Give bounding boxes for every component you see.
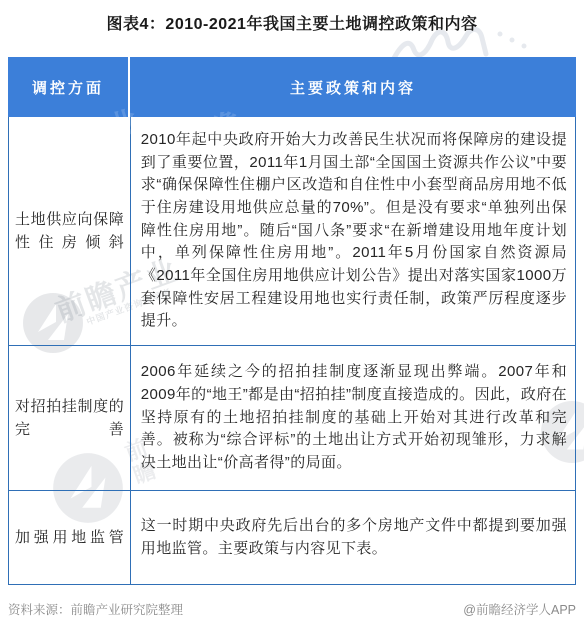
source-note: 资料来源：前瞻产业研究院整理 — [8, 600, 183, 618]
aspect-cell: 加强用地监管 — [9, 491, 131, 584]
aspect-text: 加强用地监管 — [15, 526, 124, 549]
content-cell: 2006年延续之今的招拍挂制度逐渐显现出弊端。2007年和2009年的“地王”都… — [131, 346, 575, 490]
content-cell: 2010年起中央政府开始大力改善民生状况而将保障房的建设提到了重要位置，2011… — [131, 117, 575, 345]
table-row: 对招拍挂制度的完善 2006年延续之今的招拍挂制度逐渐显现出弊端。2007年和2… — [9, 345, 575, 490]
column-header-aspect: 调控方面 — [8, 57, 130, 117]
aspect-text: 土地供应向保障性住房倾斜 — [15, 208, 124, 254]
table-row: 加强用地监管 这一时期中央政府先后出台的多个房地产文件中都提到要加强用地监管。主… — [9, 490, 575, 584]
table-header-row: 调控方面 主要政策和内容 前瞻 前瞻产业 — [8, 57, 576, 117]
column-header-content: 主要政策和内容 — [130, 57, 576, 117]
content-text: 2010年起中央政府开始大力改善民生状况而将保障房的建设提到了重要位置，2011… — [141, 129, 567, 333]
app-credit: @前瞻经济学人APP — [463, 600, 576, 618]
table-row: 土地供应向保障性住房倾斜 2010年起中央政府开始大力改善民生状况而将保障房的建… — [9, 117, 575, 345]
policy-table: 调控方面 主要政策和内容 前瞻 前瞻产业 土地供应向保障性住房倾斜 2010年起… — [8, 57, 576, 585]
content-cell: 这一时期中央政府先后出台的多个房地产文件中都提到要加强用地监管。主要政策与内容见… — [131, 491, 575, 584]
table-body: 土地供应向保障性住房倾斜 2010年起中央政府开始大力改善民生状况而将保障房的建… — [8, 117, 576, 585]
content-text: 这一时期中央政府先后出台的多个房地产文件中都提到要加强用地监管。主要政策与内容见… — [141, 515, 567, 560]
document-page: 前瞻产业 中国产业咨询领导者 前瞻 图表4：2010-2021年我国主要土地调控… — [0, 0, 584, 635]
aspect-cell: 对招拍挂制度的完善 — [9, 346, 131, 490]
aspect-cell: 土地供应向保障性住房倾斜 — [9, 117, 131, 345]
aspect-text: 对招拍挂制度的完善 — [15, 395, 124, 441]
page-title: 图表4：2010-2021年我国主要土地调控政策和内容 — [0, 11, 584, 34]
content-text: 2006年延续之今的招拍挂制度逐渐显现出弊端。2007年和2009年的“地王”都… — [141, 361, 567, 475]
